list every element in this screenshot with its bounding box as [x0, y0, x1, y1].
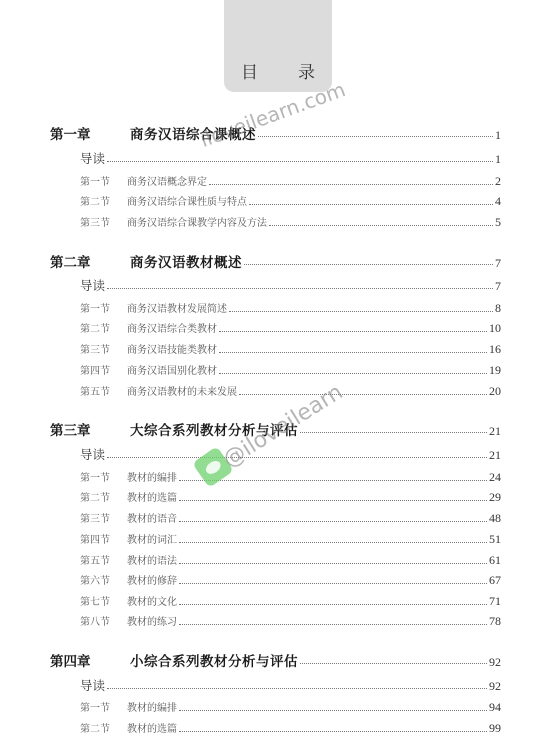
section-number: 第四节: [80, 531, 127, 546]
toc-section[interactable]: 第二节 教材的选篇 29: [80, 489, 501, 505]
section-number: 第五节: [80, 383, 127, 398]
section-title: 商务汉语综合课教学内容及方法: [127, 214, 267, 229]
toc-section[interactable]: 第三节 商务汉语技能类教材 16: [80, 341, 501, 357]
page-number: 1: [495, 152, 501, 167]
leader-dots: [239, 394, 487, 395]
page-number: 92: [489, 679, 501, 694]
section-number: 第八节: [80, 613, 127, 628]
section-title: 教材的语音: [127, 510, 177, 525]
section-title: 商务汉语综合课性质与特点: [127, 193, 247, 208]
toc-section[interactable]: 第四节 教材的词汇 51: [80, 531, 501, 547]
intro-title: 导读: [80, 276, 105, 294]
leader-dots: [107, 288, 493, 289]
section-number: 第三节: [80, 341, 127, 356]
leader-dots: [258, 136, 493, 137]
section-title: 商务汉语教材的未来发展: [127, 383, 237, 398]
section-number: 第一节: [80, 699, 127, 714]
page-number: 20: [489, 384, 501, 399]
page-number: 7: [495, 279, 501, 294]
page-number: 78: [489, 614, 501, 629]
toc-section[interactable]: 第六节 教材的修辞 67: [80, 572, 501, 588]
section-title: 商务汉语教材发展简述: [127, 300, 227, 315]
chapter-number: 第四章: [50, 650, 130, 670]
page-number: 7: [495, 256, 501, 271]
chapter-number: 第二章: [50, 251, 130, 271]
leader-dots: [107, 161, 493, 162]
page-number: 67: [489, 573, 501, 588]
toc-intro[interactable]: 导读 21: [80, 445, 501, 463]
page-number: 4: [495, 194, 501, 209]
section-number: 第一节: [80, 469, 127, 484]
section-number: 第三节: [80, 510, 127, 525]
chapter-title: 商务汉语综合课概述: [130, 123, 256, 143]
section-title: 教材的选篇: [127, 489, 177, 504]
section-title: 商务汉语概念界定: [127, 173, 207, 188]
leader-dots: [219, 331, 487, 332]
page-number: 71: [489, 594, 501, 609]
section-number: 第一节: [80, 300, 127, 315]
leader-dots: [219, 373, 487, 374]
section-title: 教材的选篇: [127, 720, 177, 735]
toc-section[interactable]: 第八节 教材的练习 78: [80, 613, 501, 629]
section-title: 教材的编排: [127, 699, 177, 714]
page-number: 48: [489, 511, 501, 526]
section-number: 第六节: [80, 572, 127, 587]
leader-dots: [179, 563, 487, 564]
page-number: 1: [495, 128, 501, 143]
intro-title: 导读: [80, 676, 105, 694]
section-number: 第二节: [80, 193, 127, 208]
leader-dots: [179, 624, 487, 625]
toc-section[interactable]: 第五节 教材的语法 61: [80, 552, 501, 568]
toc-chapter-1[interactable]: 第一章 商务汉语综合课概述 1: [50, 123, 501, 143]
toc-section[interactable]: 第二节 商务汉语综合课性质与特点 4: [80, 193, 501, 209]
leader-dots: [179, 731, 487, 732]
toc-intro[interactable]: 导读 92: [80, 676, 501, 694]
toc-section[interactable]: 第七节 教材的文化 71: [80, 593, 501, 609]
toc-section[interactable]: 第一节 教材的编排 24: [80, 469, 501, 485]
leader-dots: [179, 604, 487, 605]
page-number: 8: [495, 301, 501, 316]
toc-section[interactable]: 第三节 教材的语音 48: [80, 510, 501, 526]
section-title: 教材的修辞: [127, 572, 177, 587]
leader-dots: [219, 352, 487, 353]
leader-dots: [179, 480, 487, 481]
section-number: 第四节: [80, 362, 127, 377]
leader-dots: [179, 583, 487, 584]
page-number: 2: [495, 174, 501, 189]
section-title: 商务汉语国别化教材: [127, 362, 217, 377]
section-number: 第一节: [80, 173, 127, 188]
leader-dots: [249, 204, 493, 205]
chapter-title: 小综合系列教材分析与评估: [130, 650, 298, 670]
page-number: 19: [489, 363, 501, 378]
leader-dots: [179, 542, 487, 543]
leader-dots: [179, 500, 487, 501]
page-title: 目录: [224, 58, 332, 83]
page-number: 29: [489, 490, 501, 505]
chapter-title: 商务汉语教材概述: [130, 251, 242, 271]
leader-dots: [300, 663, 487, 664]
page-number: 16: [489, 342, 501, 357]
toc-section[interactable]: 第二节 商务汉语综合类教材 10: [80, 320, 501, 336]
toc-chapter-3[interactable]: 第三章 大综合系列教材分析与评估 21: [50, 419, 501, 439]
section-number: 第三节: [80, 214, 127, 229]
leader-dots: [179, 521, 487, 522]
section-title: 教材的词汇: [127, 531, 177, 546]
toc-intro[interactable]: 导读 1: [80, 149, 501, 167]
toc-section[interactable]: 第四节 商务汉语国别化教材 19: [80, 362, 501, 378]
leader-dots: [300, 432, 487, 433]
page-number: 21: [489, 448, 501, 463]
leader-dots: [269, 225, 493, 226]
section-title: 教材的练习: [127, 613, 177, 628]
section-number: 第二节: [80, 489, 127, 504]
page-number: 10: [489, 321, 501, 336]
page-number: 61: [489, 553, 501, 568]
section-number: 第二节: [80, 320, 127, 335]
section-number: 第五节: [80, 552, 127, 567]
toc-section[interactable]: 第一节 商务汉语教材发展简述 8: [80, 300, 501, 316]
title-char-right: 录: [298, 58, 315, 83]
section-number: 第二节: [80, 720, 127, 735]
page-number: 92: [489, 655, 501, 670]
section-title: 教材的语法: [127, 552, 177, 567]
leader-dots: [179, 710, 487, 711]
chapter-number: 第一章: [50, 123, 130, 143]
page-number: 24: [489, 470, 501, 485]
title-char-left: 目: [241, 58, 258, 83]
toc-section[interactable]: 第一节 商务汉语概念界定 2: [80, 173, 501, 189]
leader-dots: [244, 264, 493, 265]
section-title: 商务汉语技能类教材: [127, 341, 217, 356]
section-number: 第七节: [80, 593, 127, 608]
section-title: 教材的编排: [127, 469, 177, 484]
page-number: 21: [489, 424, 501, 439]
toc-chapter-2[interactable]: 第二章 商务汉语教材概述 7: [50, 251, 501, 271]
leader-dots: [209, 184, 493, 185]
toc-section[interactable]: 第一节 教材的编排 94: [80, 699, 501, 715]
leader-dots: [107, 688, 487, 689]
intro-title: 导读: [80, 149, 105, 167]
page-number: 5: [495, 215, 501, 230]
section-title: 教材的文化: [127, 593, 177, 608]
toc-chapter-4[interactable]: 第四章 小综合系列教材分析与评估 92: [50, 650, 501, 670]
toc-section[interactable]: 第五节 商务汉语教材的未来发展 20: [80, 383, 501, 399]
page-number: 99: [489, 721, 501, 736]
leader-dots: [229, 311, 493, 312]
section-title: 商务汉语综合类教材: [127, 320, 217, 335]
page-number: 51: [489, 532, 501, 547]
chapter-number: 第三章: [50, 419, 130, 439]
intro-title: 导读: [80, 445, 105, 463]
toc-section[interactable]: 第二节 教材的选篇 99: [80, 720, 501, 736]
toc-intro[interactable]: 导读 7: [80, 276, 501, 294]
chapter-title: 大综合系列教材分析与评估: [130, 419, 298, 439]
toc-section[interactable]: 第三节 商务汉语综合课教学内容及方法 5: [80, 214, 501, 230]
page-number: 94: [489, 700, 501, 715]
leader-dots: [107, 457, 487, 458]
